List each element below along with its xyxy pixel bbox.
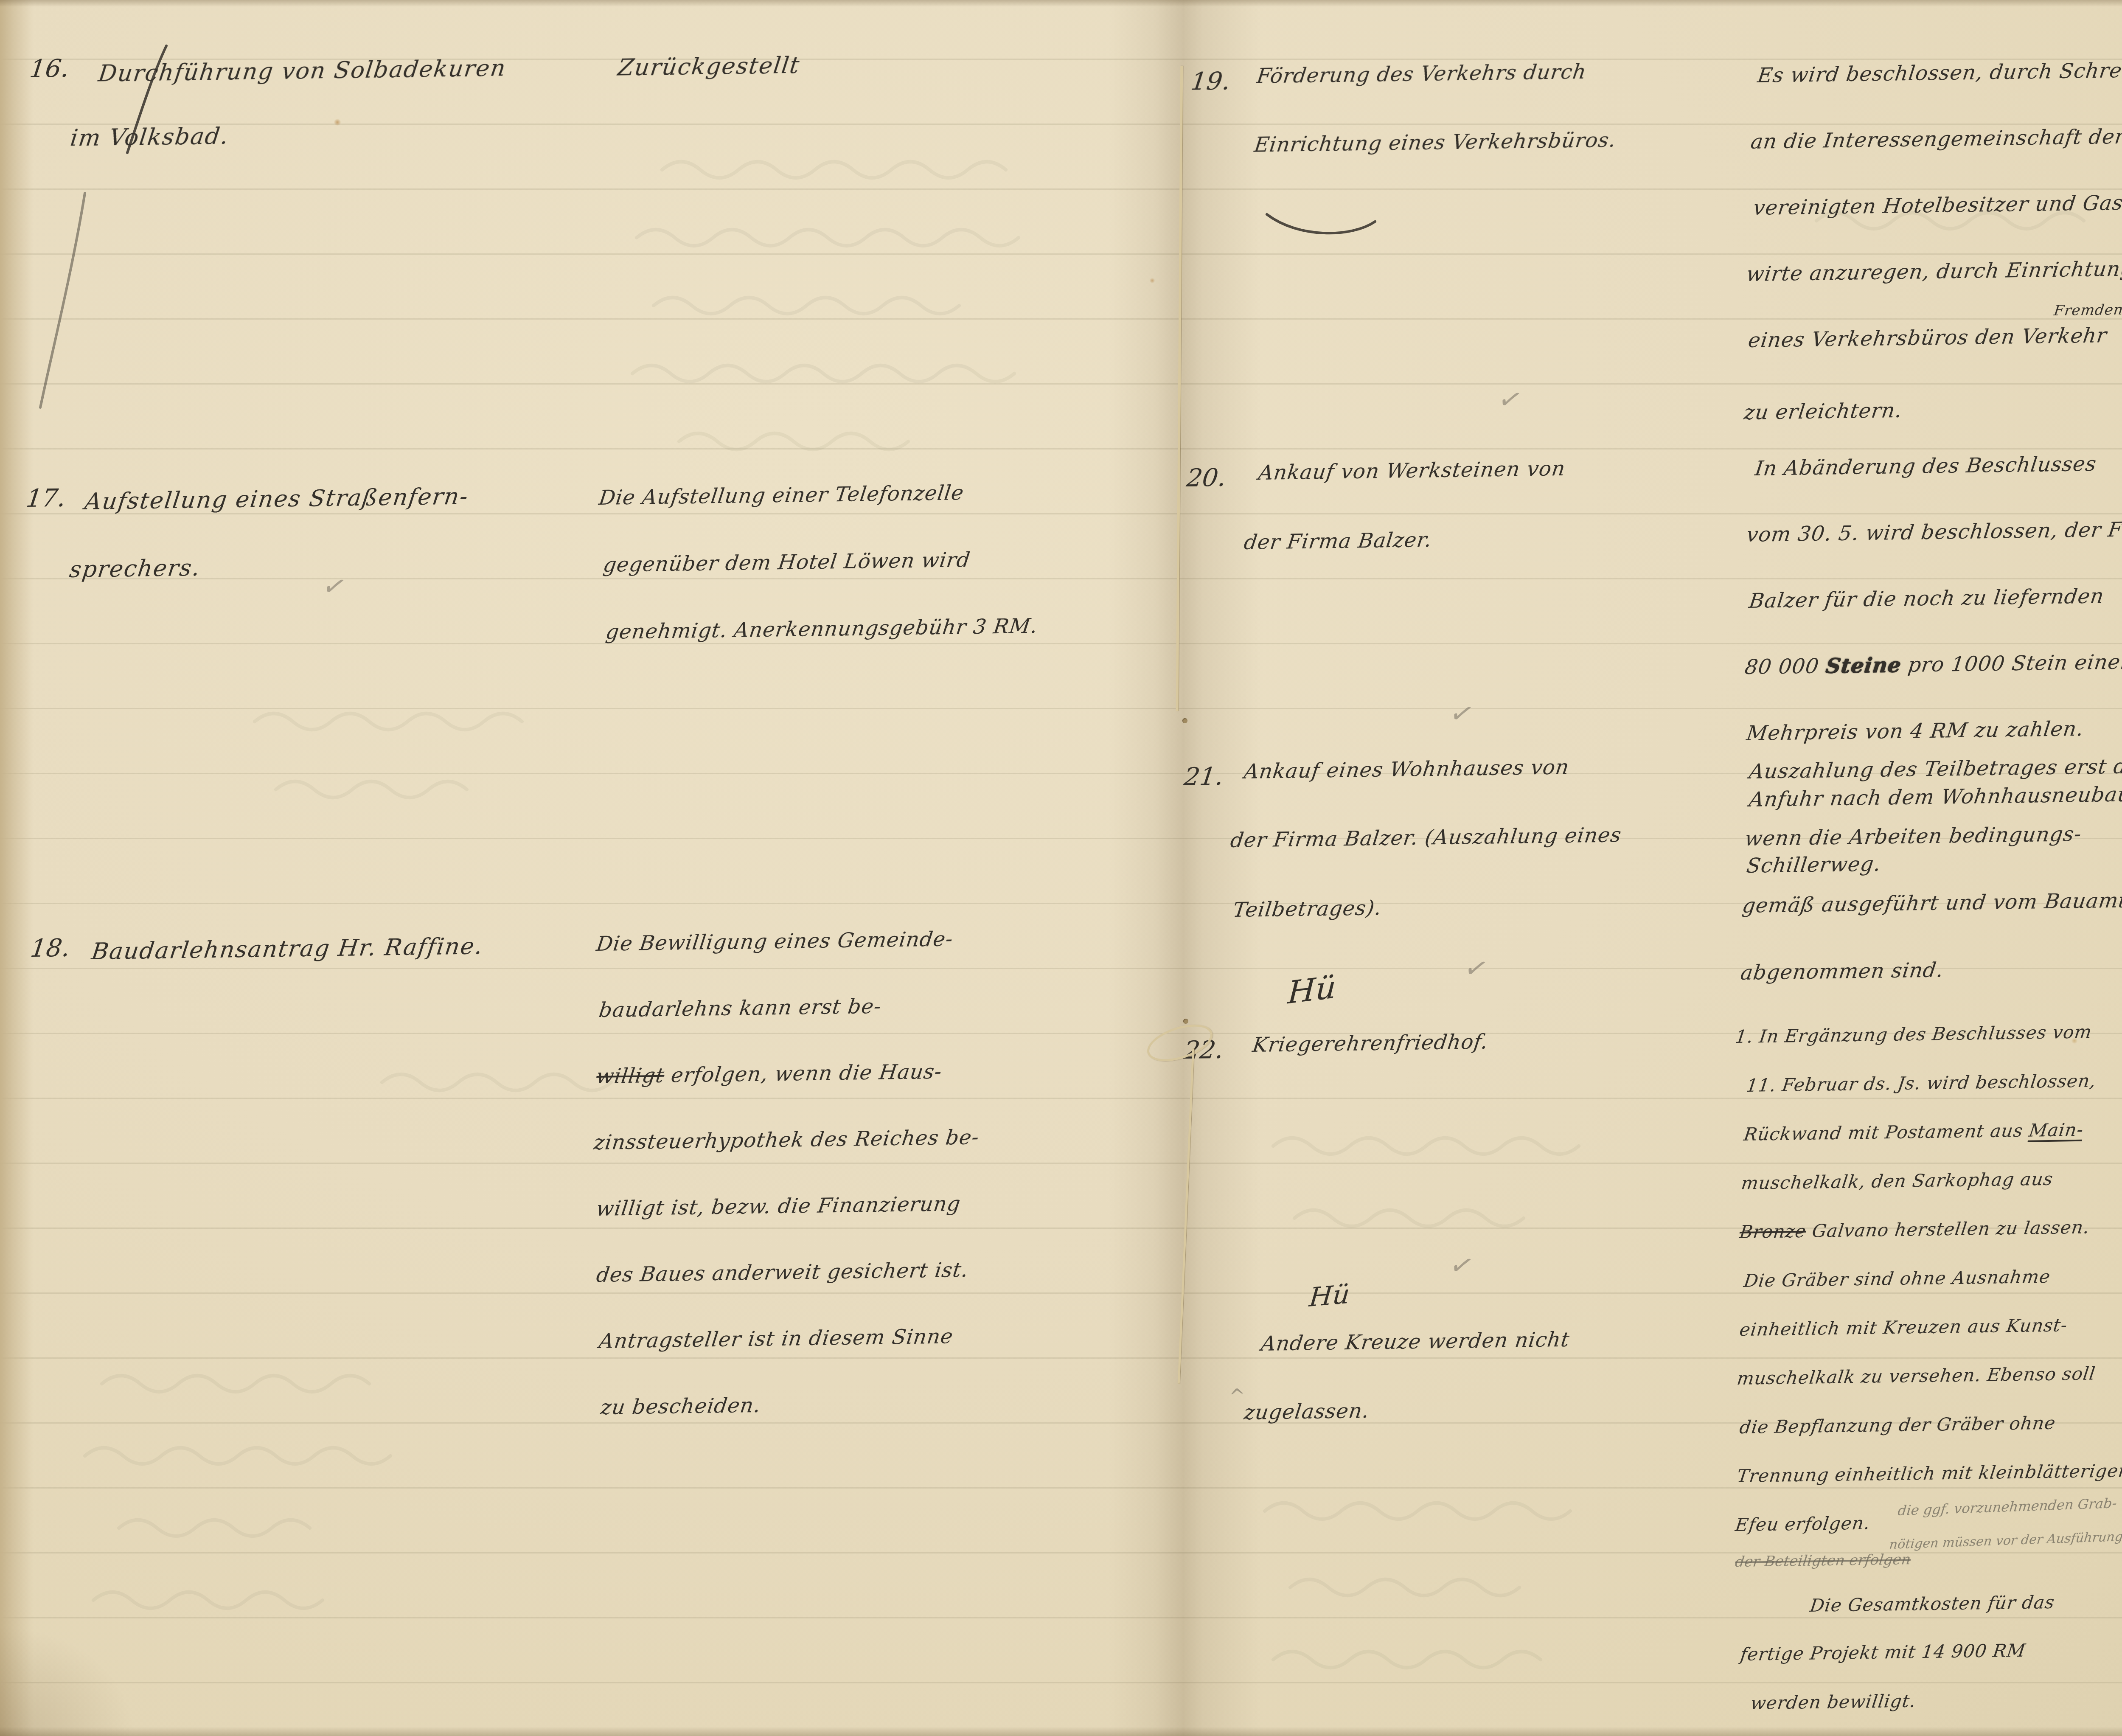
entry-added-note-line: zugelassen.: [1243, 1399, 1371, 1424]
entry-resolution-line-with-strikethrough: willigt erfolgen, wenn die Haus-: [595, 1060, 943, 1088]
entry-number: 21.: [1182, 762, 1225, 791]
entry-resolution-line: zu bescheiden.: [599, 1393, 762, 1419]
entry-title-line: Ankauf eines Wohnhauses von: [1243, 755, 1571, 784]
pencil-struck-note: der Beteiligten erfolgen: [1734, 1551, 1912, 1570]
binding-gutter-shadow: [1109, 0, 1261, 1736]
entry-resolution-line-with-underline: Rückwand mit Postament aus Main-: [1743, 1119, 2085, 1145]
pencil-checkmark: ✓: [1461, 952, 1492, 986]
entry-resolution-line: wirte anzuregen, durch Einrichtung: [1745, 257, 2122, 286]
entry-resolution-line: Balzer für die noch zu liefernden: [1748, 584, 2105, 613]
entry-resolution-line: Antragsteller ist in diesem Sinne: [598, 1324, 954, 1353]
binding-thread: [1176, 66, 1183, 711]
entry-number: 20.: [1185, 463, 1228, 492]
entry-title-line: der Firma Balzer. (Auszahlung eines: [1229, 823, 1623, 852]
entry-title-line: Einrichtung eines Verkehrsbüros.: [1253, 128, 1617, 157]
entry-title-line: Ankauf von Werksteinen von: [1257, 457, 1567, 485]
entry-title-line: Durchführung von Solbadekuren: [97, 55, 508, 87]
line-pre: Rückwand mit Postament aus: [1743, 1120, 2030, 1145]
entry-resolution-line: 11. Februar ds. Js. wird beschlossen,: [1745, 1070, 2097, 1096]
marginal-note-hue: Hü: [1287, 969, 1337, 1011]
entry-resolution-line: zu erleichtern.: [1743, 399, 1903, 424]
entry-resolution-line: Die Aufstellung einer Telefonzelle: [598, 481, 965, 510]
entry-resolution-line: an die Interessengemeinschaft der: [1749, 125, 2122, 154]
binding-thread: [1178, 1048, 1194, 1383]
entry-title-line: der Firma Balzer.: [1243, 528, 1433, 554]
entry-resolution-line: Mehrpreis von 4 RM zu zahlen.: [1745, 717, 2085, 745]
entry-title-line: sprechers.: [68, 554, 202, 583]
line-rest: Galvano herstellen zu lassen.: [1805, 1217, 2091, 1242]
entry-resolution-line: werden bewilligt.: [1749, 1691, 1917, 1714]
entry-resolution-line: Die Gesamtkosten für das: [1809, 1592, 2056, 1616]
entry-resolution-line: fertige Projekt mit 14 900 RM: [1739, 1640, 2027, 1665]
corner-shadow: [0, 1626, 136, 1736]
entry-resolution-line: des Baues anderweit gesichert ist.: [595, 1258, 970, 1287]
underlined-word: Main-: [2028, 1119, 2085, 1141]
pencil-interlinear-note: die ggf. vorzunehmenden Grab-: [1897, 1495, 2118, 1519]
entry-resolution-line: muschelkalk, den Sarkophag aus: [1740, 1169, 2055, 1194]
entry-resolution-line: abgenommen sind.: [1739, 958, 1945, 985]
entry-number: 22.: [1182, 1035, 1225, 1065]
struck-word: Bronze: [1738, 1221, 1808, 1242]
pencil-caret: ^: [1228, 1384, 1246, 1408]
entry-resolution-line: wenn die Arbeiten bedingungs-: [1743, 822, 2083, 851]
entry-resolution-line: Efeu erfolgen.: [1734, 1513, 1872, 1535]
line-post: Verkehr: [2020, 323, 2108, 348]
entry-resolution-line-with-insert: eines Verkehrsbüros den FremdenVerkehr: [1747, 323, 2108, 352]
entry-resolution-line: Auszahlung des Teilbetrages erst dann,: [1748, 754, 2122, 784]
entry-resolution-line: einheitlich mit Kreuzen aus Kunst-: [1738, 1315, 2069, 1340]
bottom-page-edge: [0, 1727, 2122, 1736]
entry-title-line: Teilbetrages).: [1232, 896, 1383, 922]
paper-stain: [1149, 278, 1155, 283]
line-pre: eines Verkehrsbüros den: [1747, 325, 2024, 352]
entry-resolution-line-with-overwrite: 80 000 Steine pro 1000 Stein einen: [1743, 650, 2122, 679]
entry-resolution-line: Schillerweg.: [1745, 852, 1882, 878]
entry-number: 18.: [29, 933, 72, 963]
binding-hole: [1183, 1019, 1188, 1024]
entry-resolution-line: muschelkalk zu versehen. Ebenso soll: [1736, 1363, 2097, 1389]
entry-resolution-line: die Bepflanzung der Gräber ohne: [1738, 1413, 2057, 1438]
overwritten-word: Steine: [1824, 653, 1903, 678]
entry-number: 19.: [1189, 67, 1232, 96]
entry-title-line: Kriegerehrenfriedhof.: [1251, 1030, 1490, 1057]
pencil-checkmark: ✓: [1446, 1249, 1477, 1283]
entry-resolution-line: Es wird beschlossen, durch Schreiben: [1756, 58, 2122, 87]
entry-title-line: Baudarlehnsantrag Hr. Raffine.: [90, 933, 485, 965]
entry-resolution-line: gegenüber dem Hotel Löwen wird: [602, 548, 972, 577]
entry-title-line: Aufstellung eines Straßenfern-: [83, 483, 470, 515]
entry-resolution-line: baudarlehns kann erst be-: [598, 994, 883, 1022]
insert-anchor: FremdenVerkehr: [2020, 323, 2108, 348]
entry-added-note-line: Andere Kreuze werden nicht: [1260, 1328, 1571, 1356]
top-page-edge: [0, 0, 2122, 7]
pencil-interlinear-note: nötigen müssen vor der Ausführung: [1889, 1529, 2122, 1552]
pencil-checkmark: ✓: [1446, 697, 1477, 731]
entry-resolution-line: willigt ist, bezw. die Finanzierung: [595, 1192, 962, 1221]
scanned-minutes-book-spread: 16. Durchführung von Solbadekuren im Vol…: [0, 0, 2122, 1736]
entry-resolution-line: Zurückgestellt: [616, 52, 802, 81]
entry-resolution-line: zinssteuerhypothek des Reiches be-: [592, 1125, 981, 1155]
entry-title-line: im Volksbad.: [69, 123, 230, 152]
binding-hole: [1182, 718, 1187, 723]
entry-resolution-line: In Abänderung des Beschlusses: [1754, 452, 2098, 480]
left-page-edge: [0, 0, 33, 1736]
entry-title-line: Förderung des Verkehrs durch: [1255, 60, 1588, 88]
entry-number: 17.: [25, 483, 67, 513]
line-post: pro 1000 Stein einen: [1900, 650, 2122, 677]
entry-resolution-line: Die Gräber sind ohne Ausnahme: [1743, 1266, 2052, 1291]
inserted-word: Fremden: [2053, 301, 2122, 319]
paper-stain: [334, 119, 341, 126]
pencil-checkmark: ✓: [319, 570, 350, 604]
entry-resolution-line: Anfuhr nach dem Wohnhausneubau: [1748, 782, 2122, 812]
line-pre: 80 000: [1743, 654, 1827, 679]
entry-resolution-line: gemäß ausgeführt und vom Bauamt: [1741, 888, 2122, 918]
entry-resolution-line: Trennung einheitlich mit kleinblätterige…: [1736, 1460, 2122, 1486]
line-rest: erfolgen, wenn die Haus-: [663, 1060, 943, 1087]
entry-resolution-line-with-strikethrough: Bronze Galvano herstellen zu lassen.: [1738, 1217, 2091, 1242]
entry-resolution-line: Die Bewilligung eines Gemeinde-: [595, 927, 954, 956]
entry-number: 16.: [28, 54, 71, 83]
entry-resolution-line: vereinigten Hotelbesitzer und Gast-: [1752, 191, 2122, 220]
entry-resolution-line: vom 30. 5. wird beschlossen, der Firma: [1745, 517, 2122, 547]
marginal-note-hue: Hü: [1308, 1278, 1351, 1313]
entry-resolution-line: genehmigt. Anerkennungsgebühr 3 RM.: [604, 614, 1039, 644]
entry-resolution-line: 1. In Ergänzung des Beschlusses vom: [1734, 1021, 2093, 1047]
struck-word: willigt: [595, 1064, 666, 1088]
pencil-checkmark: ✓: [1495, 383, 1526, 417]
